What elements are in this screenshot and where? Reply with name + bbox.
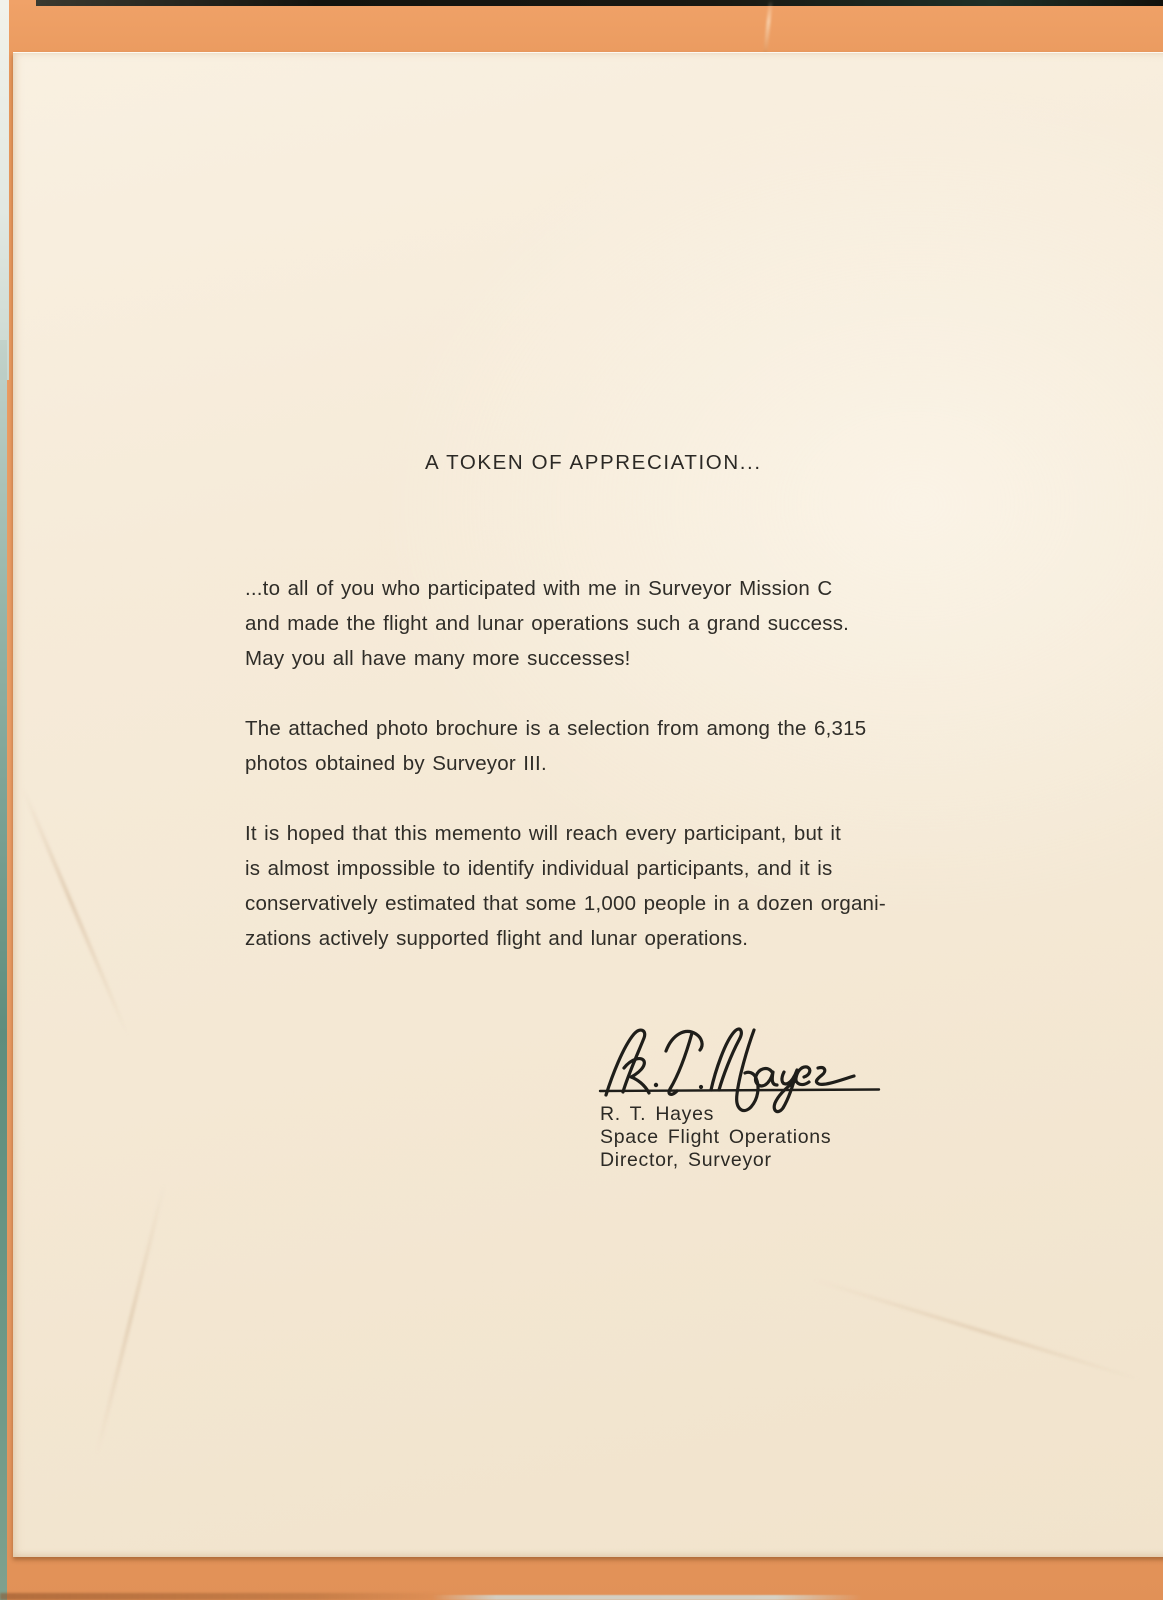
background-left-edge-teal bbox=[0, 340, 7, 1600]
paper-crease bbox=[21, 787, 129, 1037]
letter-line: conservatively estimated that some 1,000… bbox=[245, 886, 886, 921]
letter-line: May you all have many more successes! bbox=[245, 641, 886, 676]
paragraph-greeting: ...to all of you who participated with m… bbox=[245, 571, 886, 676]
letter-line: photos obtained by Surveyor III. bbox=[245, 746, 886, 781]
letter-line: zations actively supported flight and lu… bbox=[245, 921, 886, 956]
paragraph-brochure: The attached photo brochure is a selecti… bbox=[245, 711, 886, 781]
letter-line: The attached photo brochure is a selecti… bbox=[245, 711, 886, 746]
letter-title: A TOKEN OF APPRECIATION... bbox=[425, 451, 762, 475]
background-top-cover-edge bbox=[36, 0, 1163, 6]
background-left-edge-light bbox=[0, 0, 9, 380]
scan-bottom-shadow bbox=[0, 1593, 450, 1600]
signature-block: R. T. Hayes Space Flight Operations Dire… bbox=[600, 1103, 831, 1172]
letter-line: and made the flight and lunar operations… bbox=[245, 606, 886, 641]
envelope-crease bbox=[763, 0, 773, 54]
letter-line: ...to all of you who participated with m… bbox=[245, 571, 886, 606]
scan-bottom-edge bbox=[432, 1595, 862, 1600]
letter-body: ...to all of you who participated with m… bbox=[245, 571, 886, 991]
scanned-letter-photo: A TOKEN OF APPRECIATION... ...to all of … bbox=[0, 0, 1163, 1600]
paragraph-memento: It is hoped that this memento will reach… bbox=[245, 816, 886, 956]
paper-crease bbox=[813, 1278, 1158, 1386]
letter-line: It is hoped that this memento will reach… bbox=[245, 816, 886, 851]
paper-crease bbox=[95, 1183, 166, 1455]
letter-line: is almost impossible to identify individ… bbox=[245, 851, 886, 886]
signed-name: R. T. Hayes bbox=[600, 1103, 831, 1126]
signer-organization: Space Flight Operations bbox=[600, 1126, 831, 1149]
letter-paper: A TOKEN OF APPRECIATION... ...to all of … bbox=[13, 52, 1163, 1557]
signer-title: Director, Surveyor bbox=[600, 1149, 831, 1172]
